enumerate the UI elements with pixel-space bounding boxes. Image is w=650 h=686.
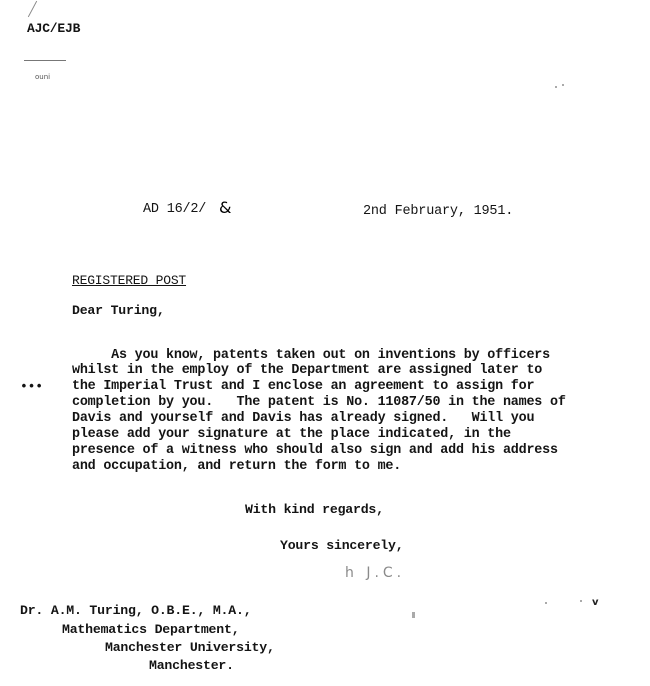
body-line: and occupation, and return the form to m… xyxy=(72,460,401,474)
body-line: presence of a witness who should also si… xyxy=(72,444,558,458)
body-line: As you know, patents taken out on invent… xyxy=(72,349,550,363)
recipient-institution: Manchester University, xyxy=(105,641,275,655)
sender-reference: AJC/EJB xyxy=(27,22,80,36)
body-line: the Imperial Trust and I enclose an agre… xyxy=(72,380,534,394)
body-line: completion by you. The patent is No. 110… xyxy=(72,396,566,410)
body-line: whilst in the employ of the Department a… xyxy=(72,364,542,378)
scan-speck xyxy=(580,600,582,602)
sign-off: Yours sincerely, xyxy=(280,539,403,553)
file-reference: AD 16/2/ xyxy=(143,203,206,217)
scan-mark: v xyxy=(592,597,599,608)
scan-speck xyxy=(555,86,557,88)
scan-speck xyxy=(545,602,547,604)
pen-mark xyxy=(28,1,37,17)
body-line: Davis and yourself and Davis has already… xyxy=(72,412,534,426)
recipient-department: Mathematics Department, xyxy=(62,623,239,637)
salutation: Dear Turing, xyxy=(72,304,165,318)
margin-mark: ••• xyxy=(20,380,43,394)
registered-post-label: REGISTERED POST xyxy=(72,274,186,288)
letter-date: 2nd February, 1951. xyxy=(363,205,513,219)
letter-page: AJC/EJB ouni AD 16/2/ & 2nd February, 19… xyxy=(0,0,650,686)
stamp-text: ouni xyxy=(35,74,50,81)
recipient-name: Dr. A.M. Turing, O.B.E., M.A., xyxy=(20,604,251,618)
handwritten-reference-mark: & xyxy=(219,199,237,217)
scan-speck xyxy=(562,84,564,86)
scan-speck xyxy=(412,612,415,618)
recipient-city: Manchester. xyxy=(149,659,234,673)
closing: With kind regards, xyxy=(245,503,384,517)
stamp-underline xyxy=(24,60,66,61)
handwritten-initials: h J.C. xyxy=(345,565,405,581)
body-line: please add your signature at the place i… xyxy=(72,428,511,442)
